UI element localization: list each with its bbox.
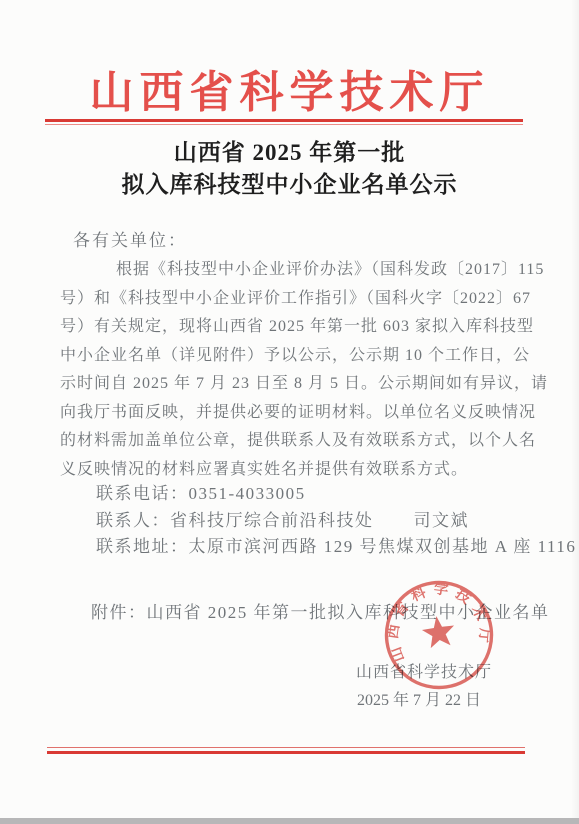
document-page: 山西省科学技术厅 山西省 2025 年第一批 拟入库科技型中小企业名单公示 各有… bbox=[0, 0, 579, 824]
footer-rule-thick bbox=[47, 751, 525, 754]
body-line: 号）和《科技型中小企业评价工作指引》（国科火字〔2022〕67 bbox=[60, 285, 522, 314]
signature-agency: 山西省科学技术厅 bbox=[356, 659, 486, 682]
body-line: 的材料需加盖单位公章，提供联系人及有效联系方式，以个人名 bbox=[60, 427, 522, 456]
contact-phone-label: 联系电话： bbox=[96, 484, 189, 503]
masthead-rule-thin bbox=[45, 124, 523, 125]
contact-person-name: 司文斌 bbox=[414, 511, 470, 530]
contact-phone-value: 0351-4033005 bbox=[189, 484, 306, 503]
contact-block: 联系电话：0351-4033005 联系人：省科技厅综合前沿科技处司文斌 联系地… bbox=[96, 481, 576, 561]
scan-bottom-edge bbox=[0, 818, 579, 824]
document-title: 山西省 2025 年第一批 拟入库科技型中小企业名单公示 bbox=[0, 137, 579, 201]
contact-person-row: 联系人：省科技厅综合前沿科技处司文斌 bbox=[96, 508, 576, 535]
contact-address-row: 联系地址：太原市滨河西路 129 号焦煤双创基地 A 座 1116 bbox=[96, 534, 576, 561]
contact-person-label: 联系人： bbox=[96, 511, 170, 530]
footer-rule bbox=[47, 747, 525, 756]
body-paragraph: 根据《科技型中小企业评价办法》（国科发政〔2017〕115 号）和《科技型中小企… bbox=[60, 256, 522, 484]
agency-masthead: 山西省科学技术厅 bbox=[0, 56, 579, 120]
document-title-line2: 拟入库科技型中小企业名单公示 bbox=[0, 169, 579, 201]
contact-address-value: 太原市滨河西路 129 号焦煤双创基地 A 座 1116 bbox=[189, 537, 577, 556]
contact-person-dept: 省科技厅综合前沿科技处 bbox=[170, 511, 374, 530]
masthead-divider-rule bbox=[45, 119, 523, 126]
body-line: 号）有关规定，现将山西省 2025 年第一批 603 家拟入库科技型 bbox=[60, 313, 522, 342]
contact-phone-row: 联系电话：0351-4033005 bbox=[96, 481, 576, 508]
body-line: 义反映情况的材料应署真实姓名并提供有效联系方式。 bbox=[60, 456, 522, 485]
salutation: 各有关单位： bbox=[73, 226, 187, 251]
body-line: 根据《科技型中小企业评价办法》（国科发政〔2017〕115 bbox=[60, 256, 522, 285]
attachment-line: 附件：山西省 2025 年第一批拟入库科技型中小企业名单 bbox=[91, 598, 550, 623]
body-line: 示时间自 2025 年 7 月 23 日至 8 月 5 日。公示期间如有异议，请 bbox=[60, 370, 522, 399]
scan-edge-shadow bbox=[571, 0, 579, 824]
body-line: 向我厅书面反映，并提供必要的证明材料。以单位名义反映情况 bbox=[60, 399, 522, 428]
contact-address-label: 联系地址： bbox=[96, 537, 189, 556]
signature-date: 2025 年 7 月 22 日 bbox=[356, 687, 482, 710]
document-title-line1: 山西省 2025 年第一批 bbox=[0, 137, 579, 169]
body-line: 中小企业名单（详见附件）予以公示，公示期 10 个工作日，公 bbox=[60, 342, 522, 371]
